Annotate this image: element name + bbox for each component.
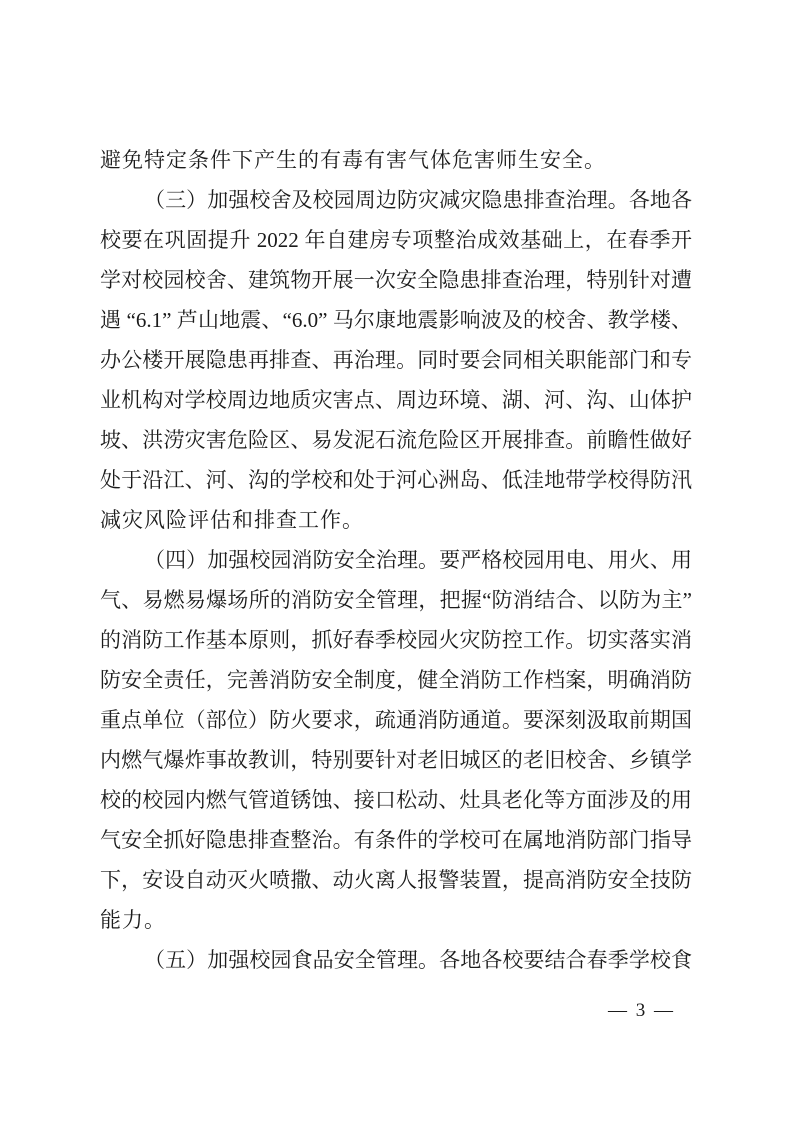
text-line: 下，安设自动灭火喷撒、动火离人报警装置，提高消防安全技防 (100, 860, 692, 900)
text-line: （四）加强校园消防安全治理。要严格校园用电、用火、用 (100, 540, 692, 580)
text-line: 坡、洪涝灾害危险区、易发泥石流危险区开展排查。前瞻性做好 (100, 420, 692, 460)
page-number: — 3 — (608, 1000, 675, 1022)
text-line: 处于沿江、河、沟的学校和处于河心洲岛、低洼地带学校得防汛 (100, 460, 692, 500)
text-line: 办公楼开展隐患再排查、再治理。同时要会同相关职能部门和专 (100, 340, 692, 380)
text-line: 的消防工作基本原则，抓好春季校园火灾防控工作。切实落实消 (100, 620, 692, 660)
text-line: 遇 “6.1” 芦山地震、“6.0” 马尔康地震影响波及的校舍、教学楼、 (100, 300, 692, 340)
text-line: 避免特定条件下产生的有毒有害气体危害师生安全。 (100, 140, 692, 180)
text-line: 业机构对学校周边地质灾害点、周边环境、湖、河、沟、山体护 (100, 380, 692, 420)
body-text: 避免特定条件下产生的有毒有害气体危害师生安全。（三）加强校舍及校园周边防灾减灾隐… (100, 140, 692, 980)
text-line: （三）加强校舍及校园周边防灾减灾隐患排查治理。各地各 (100, 180, 692, 220)
text-line: （五）加强校园食品安全管理。各地各校要结合春季学校食 (100, 940, 692, 980)
document-page: 避免特定条件下产生的有毒有害气体危害师生安全。（三）加强校舍及校园周边防灾减灾隐… (0, 0, 793, 1122)
text-line: 气、易燃易爆场所的消防安全管理，把握“防消结合、以防为主” (100, 580, 692, 620)
text-line: 能力。 (100, 900, 692, 940)
text-line: 重点单位（部位）防火要求，疏通消防通道。要深刻汲取前期国 (100, 700, 692, 740)
text-line: 内燃气爆炸事故教训，特别要针对老旧城区的老旧校舍、乡镇学 (100, 740, 692, 780)
text-line: 校要在巩固提升 2022 年自建房专项整治成效基础上，在春季开 (100, 220, 692, 260)
text-line: 减灾风险评估和排查工作。 (100, 500, 692, 540)
text-line: 气安全抓好隐患排查整治。有条件的学校可在属地消防部门指导 (100, 820, 692, 860)
text-line: 学对校园校舍、建筑物开展一次安全隐患排查治理，特别针对遭 (100, 260, 692, 300)
text-line: 校的校园内燃气管道锈蚀、接口松动、灶具老化等方面涉及的用 (100, 780, 692, 820)
text-line: 防安全责任，完善消防安全制度，健全消防工作档案，明确消防 (100, 660, 692, 700)
